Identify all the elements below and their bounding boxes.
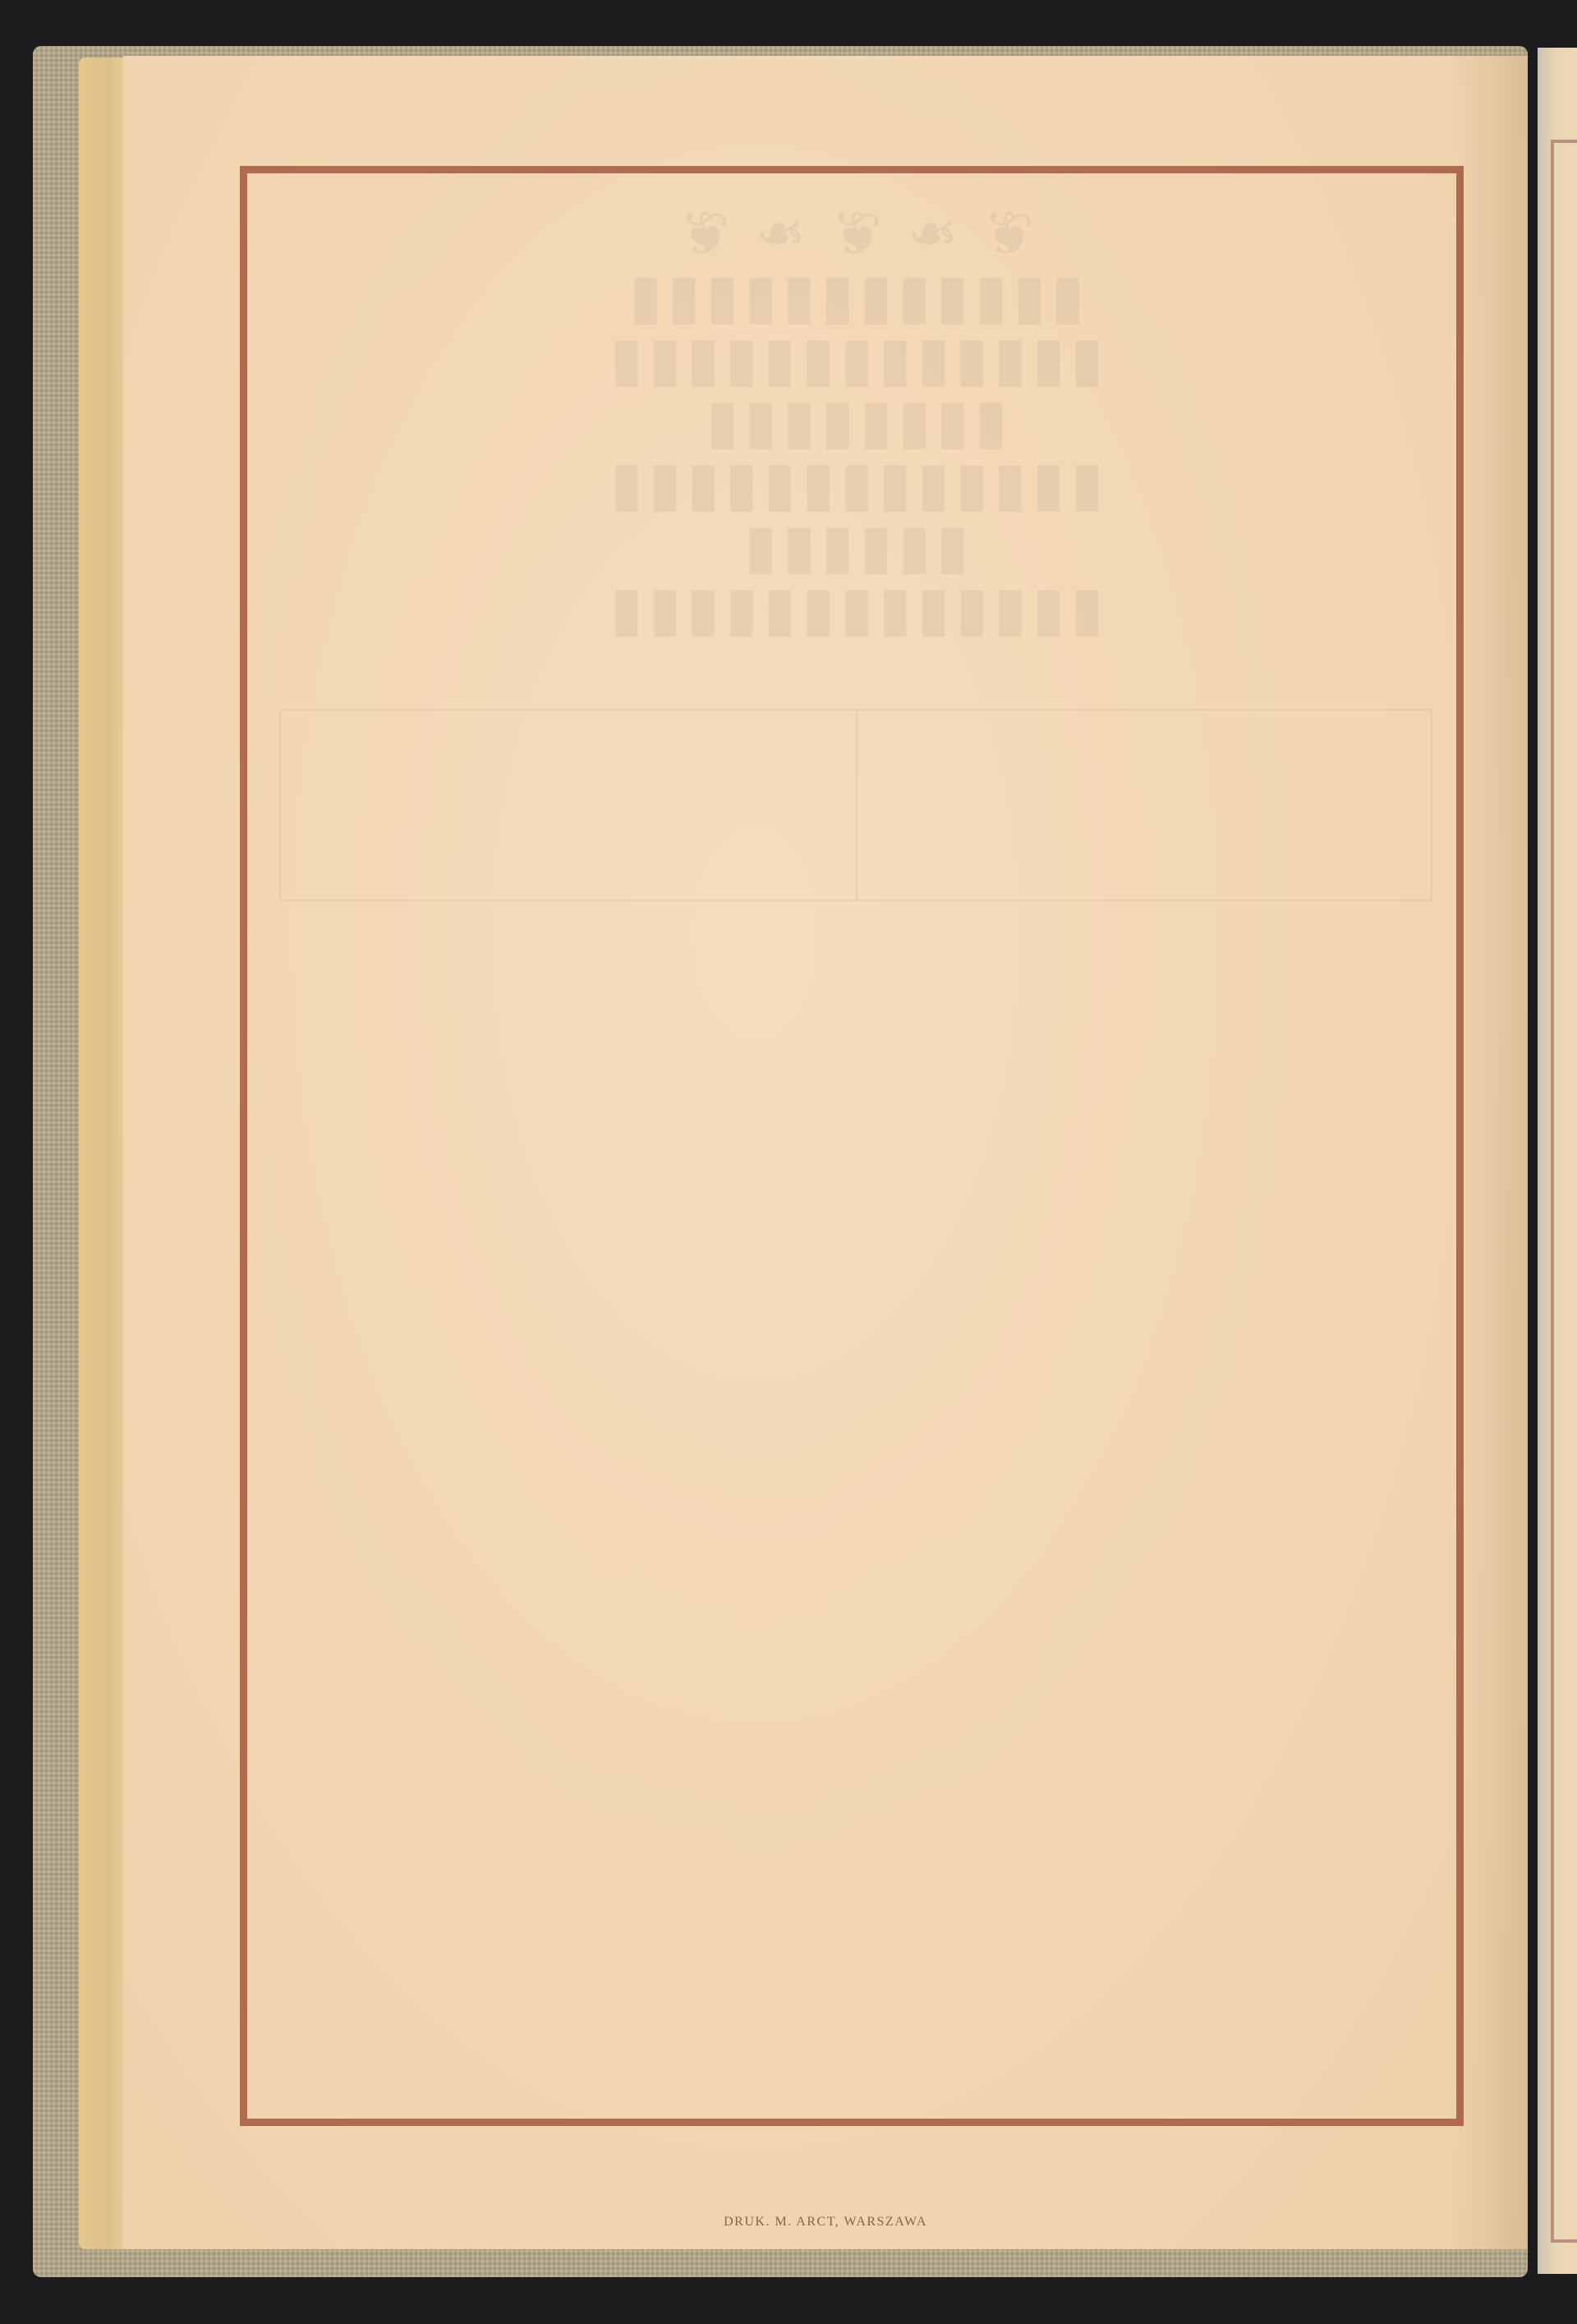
decorative-frame [240, 166, 1464, 2126]
facing-page-frame [1551, 140, 1577, 2243]
book-page: ❦ ❧ ❦ ❧ ❦ ▮▮▮▮▮▮▮▮▮▮▮▮ ▮▮▮▮▮▮▮▮▮▮▮▮▮ ▮▮▮… [123, 56, 1528, 2249]
page-stack-edge [79, 58, 128, 2249]
printer-imprint: DRUK. M. ARCT, WARSZAWA [123, 2215, 1528, 2230]
gutter-shadow [1454, 56, 1528, 2249]
